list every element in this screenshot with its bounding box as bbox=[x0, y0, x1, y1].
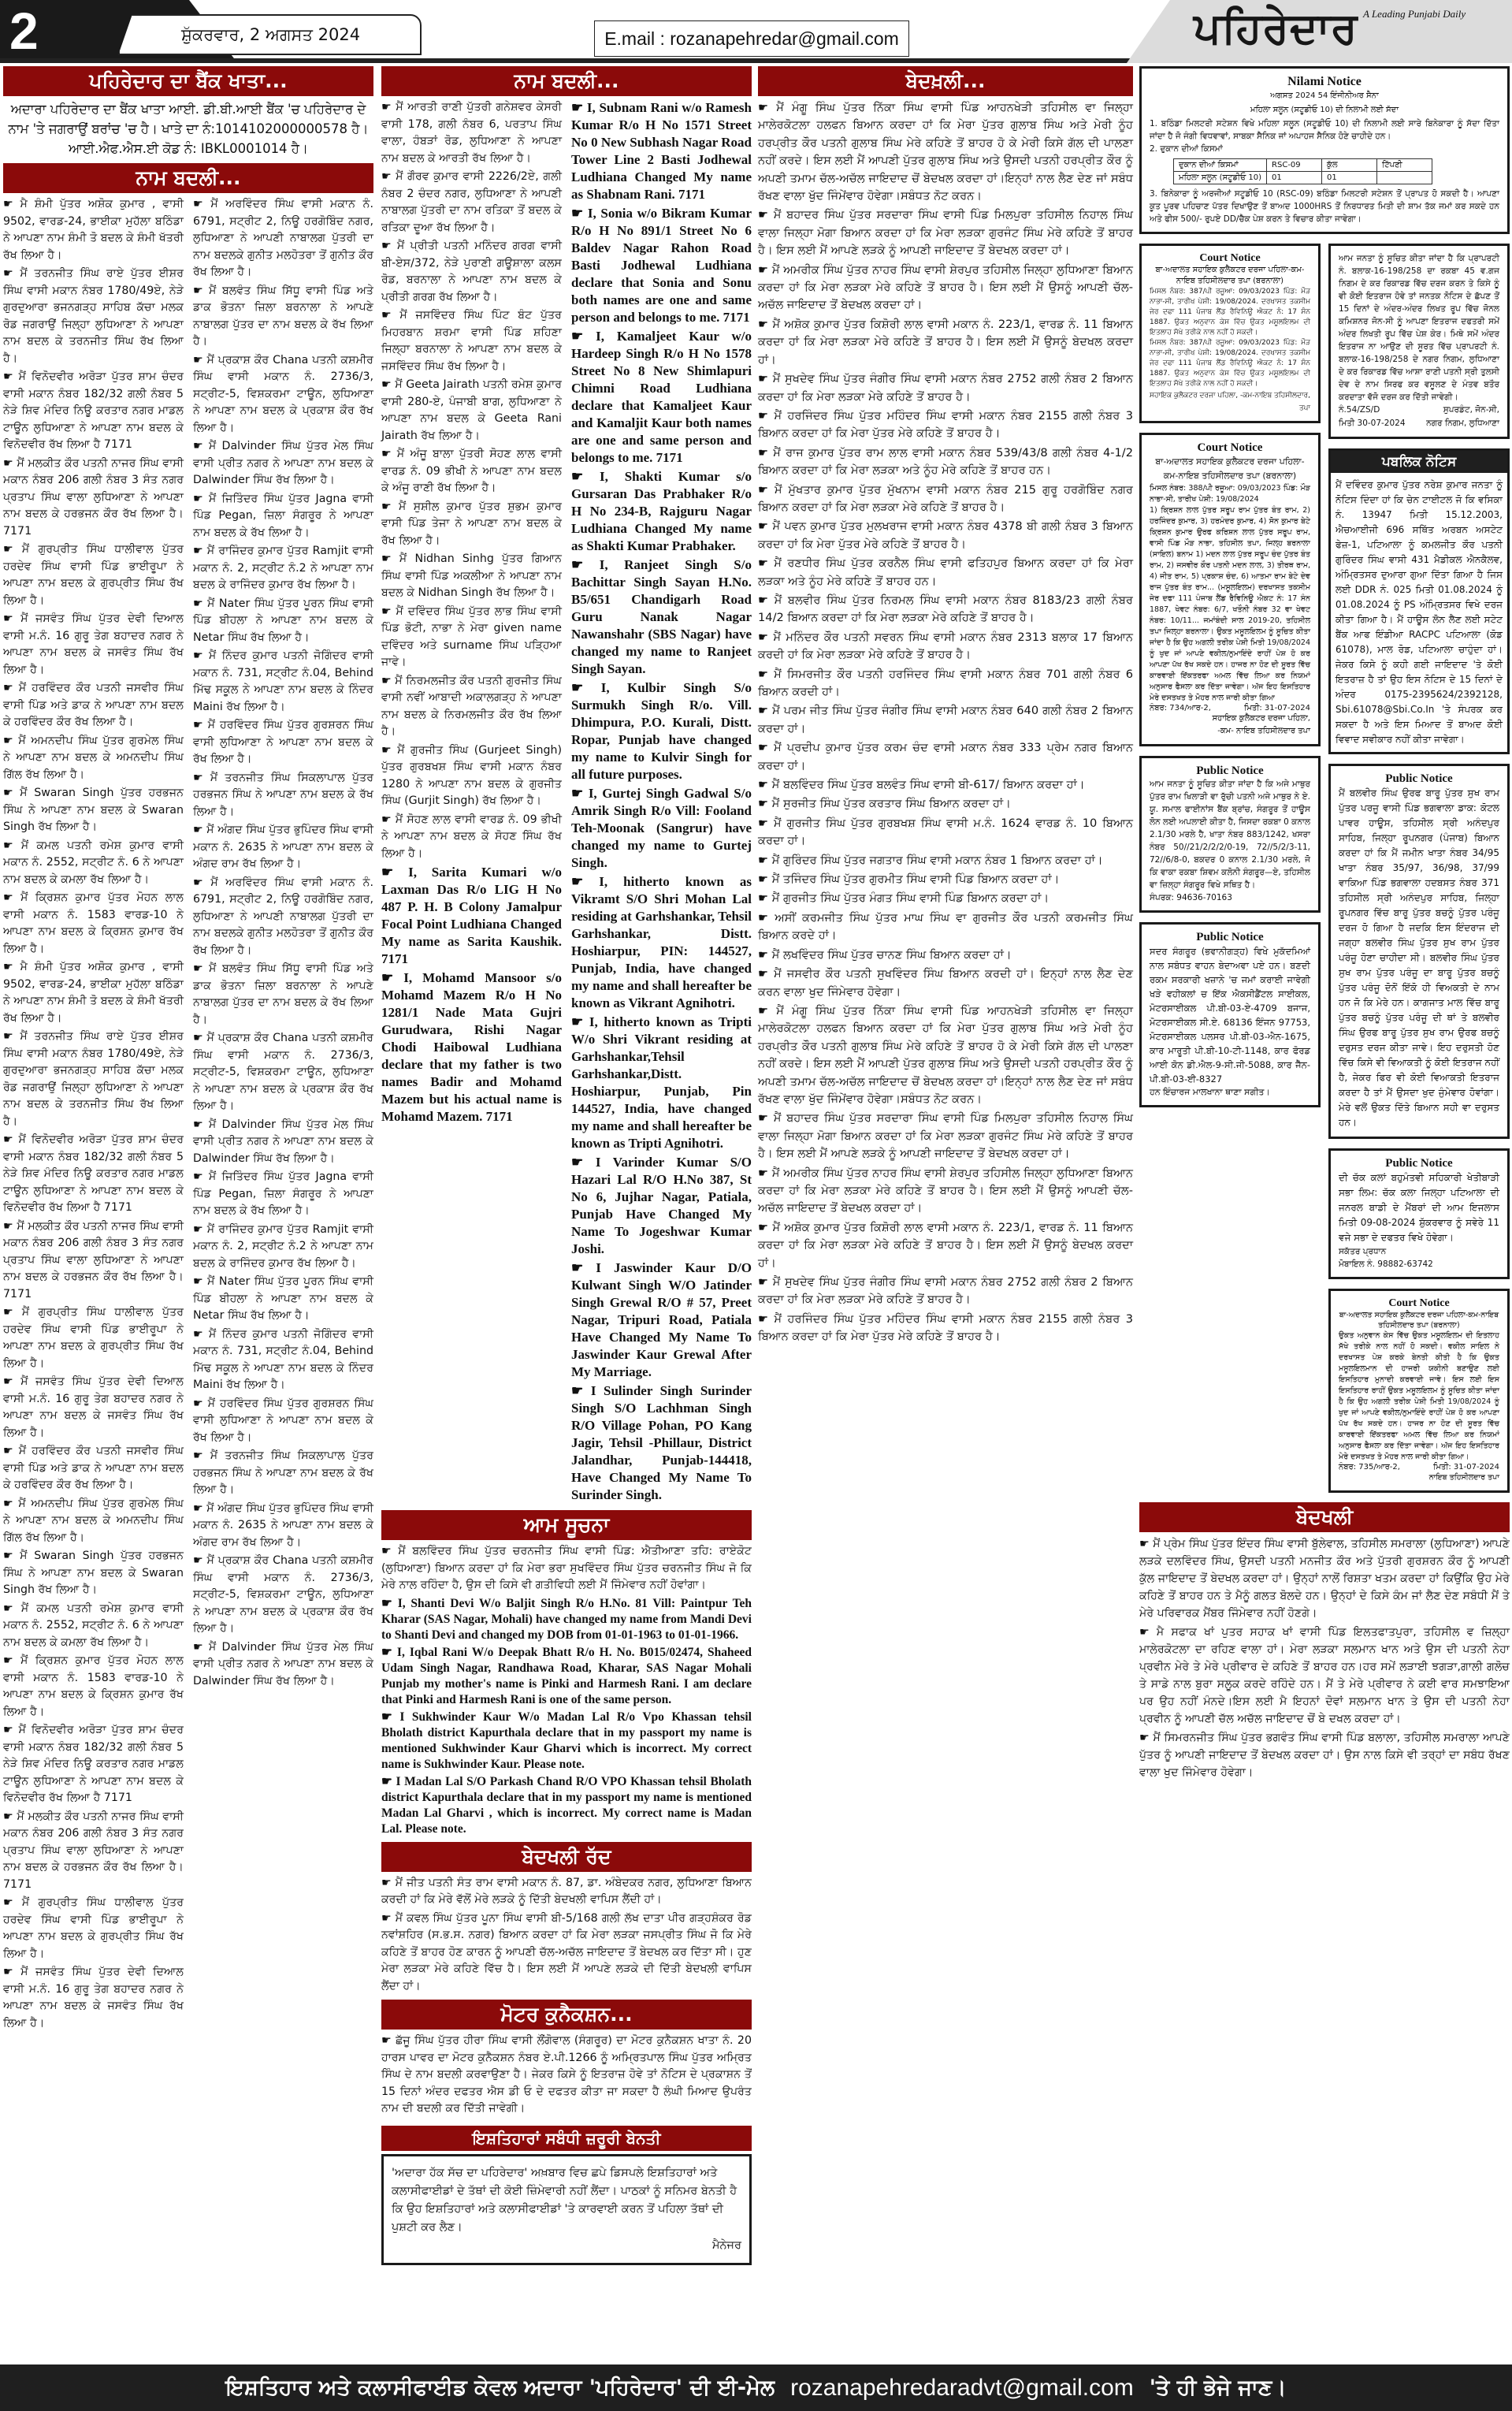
name-change-heading: ਨਾਮ ਬਦਲੀ... bbox=[3, 163, 373, 193]
public-notice-title: Public Notice bbox=[1150, 931, 1310, 944]
court-notice-1: Court Notice ਬਾ-ਅਦਾਲਤ ਸਹਾਇਕ ਕੁਲੈਕਟਰ ਦਰਜਾ… bbox=[1139, 244, 1321, 423]
list-item: ਮੈਂ Dalvinder ਸਿੰਘ ਪੁੱਤਰ ਮੇਲ ਸਿੰਘ ਵਾਸੀ ਪ… bbox=[193, 1117, 373, 1168]
public-notice-signature: ਹਨ ਇੰਚਾਰਜ ਮਾਲਖਾਨਾ ਥਾਣਾ ਸਗੀਤ। bbox=[1150, 1086, 1310, 1099]
list-item: ਮੈਂ Swaran Singh ਪੁੱਤਰ ਹਰਭਜਨ ਸਿੰਘ ਨੇ ਆਪਣ… bbox=[3, 1548, 184, 1599]
notices-right: ਆਮ ਜਨਤਾ ਨੂੰ ਸੂਚਿਤ ਕੀਤਾ ਜਾਂਦਾ ਹੈ ਕਿ ਪ੍ਰਾਪ… bbox=[1328, 244, 1510, 1502]
list-item: ਮੈਂ Dalvinder ਸਿੰਘ ਪੁੱਤਰ ਮੇਲ ਸਿੰਘ ਵਾਸੀ ਪ… bbox=[193, 438, 373, 489]
list-item: I, Iqbal Rani W/o Deepak Bhatt R/o H. No… bbox=[381, 1645, 752, 1708]
disinherit-heading-2: ਬੇਦਖਲੀ bbox=[1139, 1502, 1510, 1532]
list-item: ਮੈਂ ਸੁਖਦੇਵ ਸਿੰਘ ਪੁੱਤਰ ਜੰਗੀਰ ਸਿੰਘ ਵਾਸੀ ਮਕ… bbox=[758, 370, 1133, 406]
list-item: I, Sonia w/o Bikram Kumar R/o H No 891/1… bbox=[571, 205, 752, 326]
court-notice-meta: ਨੰਬਰ: 734/ਆਰ-2, ਮਿਤੀ: 31-07-2024 bbox=[1150, 704, 1310, 713]
list-item: ਮੈਂ ਕ੍ਰਿਸ਼ਨ ਕੁਮਾਰ ਪੁੱਤਰ ਮੋਹਨ ਲਾਲ ਵਾਸੀ ਮਕ… bbox=[3, 1653, 184, 1721]
notice-number: ਨੰਬਰ: 735/ਆਰ-2, bbox=[1339, 1463, 1400, 1472]
newspaper-logo: ਪਹਿਰੇਦਾਰ bbox=[1194, 3, 1358, 54]
list-item: I, Subnam Rani w/o Ramesh Kumar R/o H No… bbox=[571, 99, 752, 203]
court-notice-3: Court Notice ਬਾ-ਅਦਾਲਤ ਸਹਾਇਕ ਕੁਲੈਕਟਰ ਦਰਜਾ… bbox=[1328, 1289, 1510, 1493]
list-item: ਮੈਂ ਗੌਰਵ ਕੁਮਾਰ ਵਾਸੀ 2226/2ਏ, ਗਲੀ ਨੰਬਰ 2 … bbox=[381, 169, 562, 236]
issue-date: ਸ਼ੁੱਕਰਵਾਰ, 2 ਅਗਸਤ 2024 bbox=[118, 14, 422, 55]
court-notice-signature: ਸਹਾਇਕ ਕੁਲੈਕਟਰ ਦਰਜਾ ਪਹਿਲਾ, -ਕਮ-ਨਾਇਬ ਤਹਿਸੀ… bbox=[1150, 389, 1310, 415]
list-item: I, Mohamd Mansoor s/o Mohamd Mazem R/o H… bbox=[381, 969, 562, 1126]
name-change-col-right: ਮੈਂ ਅਰਵਿੰਦਰ ਸਿੰਘ ਵਾਸੀ ਮਕਾਨ ਨੰ. 6791, ਸਟ੍… bbox=[193, 196, 373, 2033]
notice-signature: ਸੁਪਰਡੰਟ, ਜੋਨ-ਸੀ, bbox=[1443, 404, 1499, 417]
list-item: ਮੈਂ ਅਮਨਦੀਪ ਸਿੰਘ ਪੁੱਤਰ ਗੁਰਮੇਲ ਸਿੰਘ ਨੇ ਆਪਣ… bbox=[3, 1496, 184, 1547]
list-item: I Jaswinder Kaur D/O Kulwant Singh W/O J… bbox=[571, 1259, 752, 1381]
list-item: ਮੈਂ ਹਰਵਿੰਦਰ ਸਿੰਘ ਪੁੱਤਰ ਗੁਰਸ਼ਰਨ ਸਿੰਘ ਵਾਸੀ… bbox=[193, 717, 373, 768]
public-notice-title: Public Notice bbox=[1150, 765, 1310, 778]
footer-text-end: 'ਤੇ ਹੀ ਭੇਜੇ ਜਾਣ। bbox=[1150, 2376, 1287, 2401]
list-item: I, Kamaljeet Kaur w/o Hardeep Singh R/o … bbox=[571, 328, 752, 467]
court-notice-title: Court Notice bbox=[1150, 252, 1310, 265]
table-header: ਕੁੱਲ bbox=[1322, 159, 1377, 172]
list-item: ਮੈਂ ਮਲਕੀਤ ਕੌਰ ਪਤਨੀ ਨਾਜਰ ਸਿੰਘ ਵਾਸੀ ਮਕਾਨ ਨ… bbox=[3, 456, 184, 541]
list-item: ਮੈਂ ਜਸਵੀਰ ਕੌਰ ਪਤਨੀ ਸੁਖਵਿੰਦਰ ਸਿੰਘ ਬਿਆਨ ਕਰ… bbox=[758, 966, 1133, 1001]
list-item: ਮੈਂ ਨਿੰਦਰ ਕੁਮਾਰ ਪਤਨੀ ਜੋਗਿੰਦਰ ਵਾਸੀ ਮਕਾਨ ਨ… bbox=[193, 648, 373, 716]
list-item: ਮੈਂ ਵਿਨੋਦਵੀਰ ਅਰੋੜਾ ਪੁੱਤਰ ਸ਼ਾਮ ਚੰਦਰ ਵਾਸੀ … bbox=[3, 1132, 184, 1217]
nilami-title: Nilami Notice bbox=[1150, 75, 1499, 89]
bank-account-text: ਅਦਾਰਾ ਪਹਿਰੇਦਾਰ ਦਾ ਬੈਂਕ ਖਾਤਾ ਆਈ. ਡੀ.ਬੀ.ਆਈ… bbox=[3, 99, 373, 158]
contact-email[interactable]: E.mail : rozanapehredar@gmail.com bbox=[594, 20, 909, 57]
table-header: ਟਿੱਪਣੀ bbox=[1377, 159, 1432, 172]
list-item: ਮੈਂ ਹਰਵਿੰਦਰ ਕੌਰ ਪਤਨੀ ਜਸਵੀਰ ਸਿੰਘ ਵਾਸੀ ਪਿੰ… bbox=[3, 680, 184, 731]
list-item: ਮੈਂ ਕਮਲ ਪਤਨੀ ਰਮੇਸ਼ ਕੁਮਾਰ ਵਾਸੀ ਮਕਾਨ ਨੰ. 2… bbox=[3, 838, 184, 889]
list-item: ਮੈਂ ਅਮਨਦੀਪ ਸਿੰਘ ਪੁੱਤਰ ਗੁਰਮੇਲ ਸਿੰਘ ਨੇ ਆਪਣ… bbox=[3, 733, 184, 784]
page-number: 2 bbox=[9, 3, 39, 58]
list-item: I Madan Lal S/O Parkash Chand R/O VPO Kh… bbox=[381, 1774, 752, 1837]
list-item: ਮੈਂ ਗੁਰਪ੍ਰੀਤ ਸਿੰਘ ਧਾਲੀਵਾਲ ਪੁੱਤਰ ਹਰਦੇਵ ਸਿ… bbox=[3, 1304, 184, 1372]
disinherit-list: ਮੈਂ ਮੰਗੂ ਸਿੰਘ ਪੁੱਤਰ ਨਿੱਕਾ ਸਿੰਘ ਵਾਸੀ ਪਿੰਡ… bbox=[758, 99, 1133, 1346]
list-item: ਮੈਂ Nater ਸਿੰਘ ਪੁੱਤਰ ਪੂਰਨ ਸਿੰਘ ਵਾਸੀ ਪਿੰਡ… bbox=[193, 1274, 373, 1325]
name-change-col-right: I, Subnam Rani w/o Ramesh Kumar R/o H No… bbox=[571, 99, 752, 1505]
list-item: I Sukhwinder Kaur W/o Madan Lal R/o Vpo … bbox=[381, 1710, 752, 1773]
court-notice-body: ਮਿਸਲ ਨੰਬਰ: 387/ਪੀ ਰਜੂਆ: 09/03/2023 ਪਿੰਡ:… bbox=[1150, 287, 1310, 338]
list-item: ਮੈਂ ਰਾਜਿੰਦਰ ਕੁਮਾਰ ਪੁੱਤਰ Ramjit ਵਾਸੀ ਮਕਾਨ… bbox=[193, 1222, 373, 1273]
public-notice-chakkalan: Public Notice ਦੀ ਚੱਕ ਕਲਾਂ ਬਹੁਮੰਤਵੀ ਸਹਿਕਾ… bbox=[1328, 1148, 1510, 1279]
notice-number: ਨੰਬਰ: 734/ਆਰ-2, bbox=[1150, 704, 1211, 713]
table-header: ਦੁਕਾਨ ਦੀਆਂ ਕਿਸਮਾਂ bbox=[1174, 159, 1267, 172]
list-item: ਮੈਂ ਬਲਵੰਤ ਸਿੰਘ ਸਿੱਧੂ ਵਾਸੀ ਪਿੰਡ ਅਤੇ ਡਾਕ ਭ… bbox=[193, 283, 373, 351]
ad-request-heading: ਇਸ਼ਤਿਹਾਰਾਂ ਸਬੰਧੀ ਜ਼ਰੂਰੀ ਬੇਨਤੀ bbox=[381, 2126, 752, 2151]
court-notice-title: Court Notice bbox=[1339, 1297, 1499, 1310]
public-notice-sangrur: Public Notice ਆਮ ਜਨਤਾ ਨੂੰ ਸੂਚਿਤ ਕੀਤਾ ਜਾਂ… bbox=[1139, 756, 1321, 913]
public-notice-title: Public Notice bbox=[1339, 772, 1499, 786]
list-item: ਮੈਂ ਅੰਗਦ ਸਿੰਘ ਪੁੱਤਰ ਭੁਪਿੰਦਰ ਸਿੰਘ ਵਾਸੀ ਮਕ… bbox=[193, 1501, 373, 1552]
list-item: ਮੈਂ ਗੁਰਜੀਤ ਸਿੰਘ ਪੁੱਤਰ ਗੁਰਬਖਸ਼ ਸਿੰਘ ਵਾਸੀ … bbox=[758, 815, 1133, 850]
list-item: ਮੈਂ ਬਹਾਦਰ ਸਿੰਘ ਪੁੱਤਰ ਸਰਦਾਰਾ ਸਿੰਘ ਵਾਸੀ ਪਿ… bbox=[758, 206, 1133, 259]
list-item: ਮੈਂ ਮੰਗੂ ਸਿੰਘ ਪੁੱਤਰ ਨਿੱਕਾ ਸਿੰਘ ਵਾਸੀ ਪਿੰਡ… bbox=[758, 99, 1133, 205]
list-item: ਮੈਂ ਅਰਵਿੰਦਰ ਸਿੰਘ ਵਾਸੀ ਮਕਾਨ ਨੰ. 6791, ਸਟ੍… bbox=[193, 196, 373, 281]
table-cell: 01 bbox=[1322, 172, 1377, 184]
list-item: ਮੈਂ ਵਿਨੋਦਵੀਰ ਅਰੋੜਾ ਪੁੱਤਰ ਸ਼ਾਮ ਚੰਦਰ ਵਾਸੀ … bbox=[3, 1722, 184, 1807]
masthead-rule bbox=[0, 58, 1135, 63]
court-case-number: ਮਿਸਲ ਨੰਬਰ: 388/ਪੀ ਰਜੂਆ: 09/03/2023 ਪਿੰਡ:… bbox=[1150, 483, 1310, 505]
public-notice-title: Public Notice bbox=[1339, 1157, 1499, 1170]
nilami-para-2: 2. ਦੁਕਾਨ ਦੀਆਂ ਕਿਸਮਾਂ bbox=[1150, 143, 1499, 155]
name-change-col-left: ਮੈ ਸ਼ੰਮੀ ਪੁੱਤਰ ਅਸ਼ੋਕ ਕੁਮਾਰ , ਵਾਸੀ 9502, … bbox=[3, 196, 184, 2033]
list-item: I Sulinder Singh Surinder Singh S/O Lach… bbox=[571, 1382, 752, 1504]
ad-request-signature: ਮੈਨੇਜਰ bbox=[392, 2237, 741, 2255]
list-item: ਮੈਂ ਸਿਮਰਜੀਤ ਕੌਰ ਪਤਨੀ ਹਰਜਿੰਦਰ ਸਿੰਘ ਵਾਸੀ ਮ… bbox=[758, 666, 1133, 701]
list-item: ਮੈਂ ਪਰਮ ਜੀਤ ਸਿੰਘ ਪੁੱਤਰ ਜੰਗੀਰ ਸਿੰਘ ਵਾਸੀ ਮ… bbox=[758, 702, 1133, 738]
public-notice-body: ਮੈਂ ਦਵਿੰਦਰ ਕੁਮਾਰ ਪੁੱਤਰ ਨਰੇਸ਼ ਕੁਮਾਰ ਜਨਤਾ … bbox=[1331, 473, 1507, 752]
zone-notice-body: ਆਮ ਜਨਤਾ ਨੂੰ ਸੂਚਿਤ ਕੀਤਾ ਜਾਂਦਾ ਹੈ ਕਿ ਪ੍ਰਾਪ… bbox=[1339, 252, 1499, 404]
list-item: ਮੈਂ ਰਣਧੀਰ ਸਿੰਘ ਪੁੱਤਰ ਕਰਨੈਲ ਸਿੰਘ ਵਾਸੀ ਫਤਿ… bbox=[758, 555, 1133, 590]
nilami-subtitle-2: ਮਹਿਲਾ ਸਲੂਨ (ਸਟੂਡੀਓ 10) ਦੀ ਨਿਲਾਮੀ ਲਈ ਸੱਦਾ bbox=[1150, 103, 1499, 117]
court-name: ਬਾ-ਅਦਾਲਤ ਸਹਾਇਕ ਕੁਲੈਕਟਰ ਦਰਜਾ ਪਹਿਲਾ-ਕਮ-ਨਾਇ… bbox=[1150, 265, 1310, 287]
contact-phone: ਮੋਬਾਇਲ ਨੰ. 98882-63742 bbox=[1339, 1258, 1499, 1271]
list-item: I, Ranjeet Singh S/o Bachittar Singh Say… bbox=[571, 556, 752, 678]
list-item: ਮੈਂ ਗੁਰਜੀਤ ਸਿੰਘ (Gurjeet Singh) ਪੁੱਤਰ ਗੁ… bbox=[381, 742, 562, 810]
court-name: ਬਾ-ਅਦਾਲਤ ਸਹਾਇਕ ਕੁਲੈਕਟਰ ਦਰਜਾ ਪਹਿਲਾ-ਕਮ-ਨਾਇ… bbox=[1150, 455, 1310, 483]
list-item: ਮੈਂ ਨਿਰਮਲਜੀਤ ਕੌਰ ਪਤਨੀ ਗੁਰਜੀਤ ਸਿੰਘ ਵਾਸੀ ਨ… bbox=[381, 673, 562, 741]
list-item: ਮੈਂ Swaran Singh ਪੁੱਤਰ ਹਰਭਜਨ ਸਿੰਘ ਨੇ ਆਪਣ… bbox=[3, 785, 184, 836]
list-item: ਮੈਂ ਗੁਰਪ੍ਰੀਤ ਸਿੰਘ ਧਾਲੀਵਾਲ ਪੁੱਤਰ ਹਰਦੇਵ ਸਿ… bbox=[3, 1895, 184, 1963]
list-item: ਮੈਂ ਤਜਿੰਦਰ ਸਿੰਘ ਪੁੱਤਰ ਗੁਰਮੀਤ ਸਿੰਘ ਵਾਸੀ ਪ… bbox=[758, 871, 1133, 888]
list-item: ਮੈਂ ਅੰਜੂ ਬਾਲਾ ਪੁੱਤਰੀ ਸੋਹਣ ਲਾਲ ਵਾਸੀ ਵਾਰਡ … bbox=[381, 446, 562, 497]
public-notice-vehicles: Public Notice ਸਦਰ ਸੰਗਰੂਰ (ਭਵਾਨੀਗੜ੍ਹ) ਵਿਖ… bbox=[1139, 922, 1321, 1107]
list-item: I, hitherto known as Tripti W/o Shri Vik… bbox=[571, 1014, 752, 1152]
ad-request-box: 'ਅਦਾਰਾ ਹੱਕ ਸੱਚ ਦਾ ਪਹਿਰੇਦਾਰ' ਅਖ਼ਬਾਰ ਵਿਚ ਛ… bbox=[381, 2154, 752, 2265]
list-item: ਮੈਂ ਗੁਰਜੀਤ ਸਿੰਘ ਪੁੱਤਰ ਮੰਗਤ ਸਿੰਘ ਵਾਸੀ ਪਿੰ… bbox=[758, 890, 1133, 907]
list-item: I, Shakti Kumar s/o Gursaran Das Prabhak… bbox=[571, 468, 752, 555]
list-item: ਮੈਂ ਜਿਤਿੰਦਰ ਸਿੰਘ ਪੁੱਤਰ Jagna ਵਾਸੀ ਪਿੰਡ P… bbox=[193, 491, 373, 542]
list-item: ਮੈਂ ਬਲਵੰਤ ਸਿੰਘ ਸਿੱਧੂ ਵਾਸੀ ਪਿੰਡ ਅਤੇ ਡਾਕ ਭ… bbox=[193, 961, 373, 1029]
name-change-list-2: ਮੈਂ ਆਰਤੀ ਰਾਣੀ ਪੁੱਤਰੀ ਗਨੇਸ਼ਵਰ ਕੇਸਰੀ ਵਾਸੀ … bbox=[381, 99, 752, 1505]
disinherit-heading: ਬੇਦਖ਼ਲੀ... bbox=[758, 66, 1133, 96]
list-item: I, Sarita Kumari w/o Laxman Das R/o LIG … bbox=[381, 864, 562, 968]
list-item: ਮੈਂ ਮੰਗੂ ਸਿੰਘ ਪੁੱਤਰ ਨਿੱਕਾ ਸਿੰਘ ਵਾਸੀ ਪਿੰਡ… bbox=[758, 1003, 1133, 1108]
masthead: 2 ਸ਼ੁੱਕਰਵਾਰ, 2 ਅਗਸਤ 2024 E.mail : rozana… bbox=[0, 0, 1512, 65]
list-item: ਮੈਂ ਰਾਜ ਕੁਮਾਰ ਪੁੱਤਰ ਰਾਮ ਲਾਲ ਵਾਸੀ ਮਕਾਨ ਨੰ… bbox=[758, 445, 1133, 480]
notice-number: ਨੰ.54/ZS/D bbox=[1339, 404, 1380, 417]
list-item: ਮੈਂ ਤਰਨਜੀਤ ਸਿੰਘ ਸਿਕਲਾਪਾਲ ਪੁੱਤਰ ਹਰਭਜਨ ਸਿੰ… bbox=[193, 1448, 373, 1499]
list-item: ਮੈ ਸ਼ੰਮੀ ਪੁੱਤਰ ਅਸ਼ੋਕ ਕੁਮਾਰ , ਵਾਸੀ 9502, … bbox=[3, 196, 184, 264]
public-notice-balvir: Public Notice ਮੈਂ ਬਲਵੀਰ ਸਿੰਘ ਉਰਫ ਬਾਰੂ ਪੁ… bbox=[1328, 764, 1510, 1139]
list-item: ਮੈਂ ਅਮਰੀਕ ਸਿੰਘ ਪੁੱਤਰ ਨਾਹਰ ਸਿੰਘ ਵਾਸੀ ਸ਼ੇਰ… bbox=[758, 1165, 1133, 1218]
court-notice-signature-2: -ਕਮ- ਨਾਇਬ ਤਹਿਸੀਲਦਾਰ ਤਪਾ bbox=[1150, 725, 1310, 738]
table-cell: 01 bbox=[1267, 172, 1322, 184]
name-change-list: ਮੈ ਸ਼ੰਮੀ ਪੁੱਤਰ ਅਸ਼ੋਕ ਕੁਮਾਰ , ਵਾਸੀ 9502, … bbox=[3, 196, 373, 2033]
list-item: ਮੈਂ ਪ੍ਰਕਾਸ਼ ਕੌਰ Chana ਪਤਨੀ ਕਸ਼ਮੀਰ ਸਿੰਘ ਵ… bbox=[193, 1553, 373, 1638]
list-item: ਮੈਂ ਹਰਜਿੰਦਰ ਸਿੰਘ ਪੁੱਤਰ ਮਹਿੰਦਰ ਸਿੰਘ ਵਾਸੀ … bbox=[758, 407, 1133, 443]
list-item: ਮੈਂ ਹਰਜਿੰਦਰ ਸਿੰਘ ਪੁੱਤਰ ਮਹਿੰਦਰ ਸਿੰਘ ਵਾਸੀ … bbox=[758, 1311, 1133, 1346]
bank-account-heading: ਪਹਿਰੇਦਾਰ ਦਾ ਬੈਂਕ ਖਾਤਾ... bbox=[3, 66, 373, 96]
list-item: ਮੈਂ Geeta Jairath ਪਤਨੀ ਰਮੇਸ਼ ਕੁਮਾਰ ਵਾਸੀ … bbox=[381, 377, 562, 445]
list-item: ਮੈ ਸਫਾਕ ਖਾਂ ਪੁਤਰ ਸਹਾਕ ਖਾਂ ਵਾਸੀ ਪਿੰਡ ਇਲਤਫ… bbox=[1139, 1624, 1510, 1728]
notices-left: Court Notice ਬਾ-ਅਦਾਲਤ ਸਹਾਇਕ ਕੁਲੈਕਟਰ ਦਰਜਾ… bbox=[1139, 244, 1321, 1502]
list-item: ਮੈਂ ਸਿਮਰਨਜੀਤ ਸਿੰਘ ਪੁੱਤਰ ਭਗਵੰਤ ਸਿੰਘ ਵਾਸੀ … bbox=[1139, 1729, 1510, 1781]
general-notice-heading: ਆਮ ਸੂਚਨਾ bbox=[381, 1510, 752, 1540]
list-item: ਮੈਂ ਅਮਰੀਕ ਸਿੰਘ ਪੁੱਤਰ ਨਾਹਰ ਸਿੰਘ ਵਾਸੀ ਸ਼ੇਰ… bbox=[758, 262, 1133, 314]
court-notice-meta: ਨੰਬਰ: 735/ਆਰ-2, ਮਿਤੀ: 31-07-2024 bbox=[1339, 1463, 1499, 1472]
list-item: ਮੈਂ ਲਖਵਿੰਦਰ ਸਿੰਘ ਪੁੱਤਰ ਚਾਨਣ ਸਿੰਘ ਬਿਆਨ ਕਰ… bbox=[758, 947, 1133, 964]
column-3: ਬੇਦਖ਼ਲੀ... ਮੈਂ ਮੰਗੂ ਸਿੰਘ ਪੁੱਤਰ ਨਿੱਕਾ ਸਿੰ… bbox=[758, 66, 1133, 1348]
column-2: ਨਾਮ ਬਦਲੀ... ਮੈਂ ਆਰਤੀ ਰਾਣੀ ਪੁੱਤਰੀ ਗਨੇਸ਼ਵਰ… bbox=[381, 66, 752, 2265]
advertising-email[interactable]: rozanapehredaradvt@gmail.com bbox=[790, 2375, 1134, 2402]
nilami-notice: Nilami Notice ਅਗਸਤ 2024 54 ਇੰਜੀਨੀਅਰ ਸੈਨਾ… bbox=[1139, 66, 1510, 234]
disinherit-cancel-heading: ਬੇਦਖਲੀ ਰੱਦ bbox=[381, 1842, 752, 1872]
court-notice-2: Court Notice ਬਾ-ਅਦਾਲਤ ਸਹਾਇਕ ਕੁਲੈਕਟਰ ਦਰਜਾ… bbox=[1139, 433, 1321, 746]
list-item: I, Gurtej Singh Gadwal S/o Amrik Singh R… bbox=[571, 785, 752, 872]
public-notice-body: ਸਦਰ ਸੰਗਰੂਰ (ਭਵਾਨੀਗੜ੍ਹ) ਵਿਖੇ ਮੁਕੱਦਮਿਆਂ ਨਾ… bbox=[1150, 944, 1310, 1086]
list-item: ਮੈਂ ਪ੍ਰੇਮ ਸਿੰਘ ਪੁੱਤਰ ਇੰਦਰ ਸਿੰਘ ਵਾਸੀ ਬੁੱਲ… bbox=[1139, 1535, 1510, 1622]
list-item: ਮੈਂ ਤਰਨਜੀਤ ਸਿੰਘ ਰਾਏ ਪੁੱਤਰ ਈਸ਼ਰ ਸਿੰਘ ਵਾਸੀ… bbox=[3, 266, 184, 367]
list-item: ਮੈਂ ਗੁਰਿੰਦਰ ਸਿੰਘ ਪੁੱਤਰ ਜਗਤਾਰ ਸਿੰਘ ਵਾਸੀ ਮ… bbox=[758, 852, 1133, 869]
list-item: ਮੈਂ Nater ਸਿੰਘ ਪੁੱਤਰ ਪੂਰਨ ਸਿੰਘ ਵਾਸੀ ਪਿੰਡ… bbox=[193, 596, 373, 647]
list-item: ਮੈਂ ਬਲਵਿੰਦਰ ਸਿੰਘ ਪੁੱਤਰ ਬਲਵੰਤ ਸਿੰਘ ਵਾਸੀ ਬ… bbox=[758, 776, 1133, 794]
notice-date: ਮਿਤੀ 30-07-2024 bbox=[1339, 417, 1406, 430]
list-item: ਮੈਂ ਦਵਿੰਦਰ ਸਿੰਘ ਪੁੱਤਰ ਲਾਭ ਸਿੰਘ ਵਾਸੀ ਪਿੰਡ… bbox=[381, 604, 562, 672]
list-item: ਮੈਂ ਵਿਨੋਦਵੀਰ ਅਰੋੜਾ ਪੁੱਤਰ ਸ਼ਾਮ ਚੰਦਰ ਵਾਸੀ … bbox=[3, 369, 184, 454]
list-item: ਮੈਂ ਪਵਨ ਕੁਮਾਰ ਪੁੱਤਰ ਮੁਲਖਰਾਜ ਵਾਸੀ ਮਕਾਨ ਨੰ… bbox=[758, 518, 1133, 553]
list-item: ਮੈਂ ਜਸਵੰਤ ਸਿੰਘ ਪੁੱਤਰ ਦੇਵੀ ਦਿਆਲ ਵਾਸੀ ਮ.ਨੰ… bbox=[3, 1964, 184, 2032]
list-item: ਮੈਂ ਪ੍ਰੀਤੀ ਪਤਨੀ ਮਨਿੰਦਰ ਗਰਗ ਵਾਸੀ ਬੀ-ਏਸ/37… bbox=[381, 238, 562, 306]
list-item: ਮੈਂ ਜਸਵੰਤ ਸਿੰਘ ਪੁੱਤਰ ਦੇਵੀ ਦਿਆਲ ਵਾਸੀ ਮ.ਨੰ… bbox=[3, 611, 184, 679]
motor-connection-heading: ਮੋਟਰ ਕੁਨੈਕਸ਼ਨ... bbox=[381, 2000, 752, 2030]
footer-banner: ਇਸ਼ਤਿਹਾਰ ਅਤੇ ਕਲਾਸੀਫਾਈਡ ਕੇਵਲ ਅਦਾਰਾ 'ਪਹਿਰੇ… bbox=[0, 2364, 1512, 2411]
list-item: ਮੈਂ ਨਿੰਦਰ ਕੁਮਾਰ ਪਤਨੀ ਜੋਗਿੰਦਰ ਵਾਸੀ ਮਕਾਨ ਨ… bbox=[193, 1326, 373, 1394]
list-item: ਮੈਂ ਮੁੱਖਤਾਰ ਕੁਮਾਰ ਪੁੱਤਰ ਮੁੱਖਨਾਮ ਵਾਸੀ ਮਕਾ… bbox=[758, 482, 1133, 517]
court-notice-body: ਮਿਸਲ ਨੰਬਰ: 387/ਪੀ ਰਜੂਆ: 09/03/2023 ਪਿੰਡ:… bbox=[1150, 338, 1310, 389]
list-item: ਮੈਂ ਬਲਵਿੰਦਰ ਸਿੰਘ ਪੁੱਤਰ ਚਰਨਜੀਤ ਸਿੰਘ ਵਾਸੀ … bbox=[381, 1543, 752, 1594]
list-item: ਮੈਂ ਮਨਿੰਦਰ ਕੌਰ ਪਤਨੀ ਸਵਰਨ ਸਿੰਘ ਵਾਸੀ ਮਕਾਨ … bbox=[758, 629, 1133, 664]
list-item: ਮੈਂ ਸੋਹਣ ਲਾਲ ਵਾਸੀ ਵਾਰਡ ਨੰ. 09 ਭੀਖੀ ਨੇ ਆਪ… bbox=[381, 812, 562, 863]
notice-date: ਮਿਤੀ: 31-07-2024 bbox=[1244, 704, 1310, 713]
list-item: I, hitherto known as Vikramt S/O Shri Mo… bbox=[571, 873, 752, 1012]
column-4: Nilami Notice ਅਗਸਤ 2024 54 ਇੰਜੀਨੀਅਰ ਸੈਨਾ… bbox=[1139, 66, 1510, 1783]
court-notice-body: ਉਕਤ ਅਨੁਵਾਨ ਕੇਸ ਵਿੱਚ ਉਕਤ ਮਸੂਲਇਲਮ ਦੀ ਇਤਲਾਹ… bbox=[1339, 1330, 1499, 1463]
list-item: ਮੈਂ ਅਸ਼ੋਕ ਕੁਮਾਰ ਪੁੱਤਰ ਕਿਸ਼ੋਰੀ ਲਾਲ ਵਾਸੀ ਮ… bbox=[758, 1219, 1133, 1272]
list-item: ਮੈਂ ਅੰਗਦ ਸਿੰਘ ਪੁੱਤਰ ਭੁਪਿੰਦਰ ਸਿੰਘ ਵਾਸੀ ਮਕ… bbox=[193, 822, 373, 873]
column-1: ਪਹਿਰੇਦਾਰ ਦਾ ਬੈਂਕ ਖਾਤਾ... ਅਦਾਰਾ ਪਹਿਰੇਦਾਰ … bbox=[3, 66, 373, 2033]
zone-notice-meta: ਨੰ.54/ZS/D ਸੁਪਰਡੰਟ, ਜੋਨ-ਸੀ, bbox=[1339, 404, 1499, 417]
list-item: ਮੈਂ ਸੁਸ਼ੀਲ ਕੁਮਾਰ ਪੁੱਤਰ ਸ਼ੁਭਮ ਕੁਮਾਰ ਵਾਸੀ … bbox=[381, 499, 562, 550]
name-change-heading-2: ਨਾਮ ਬਦਲੀ... bbox=[381, 66, 752, 96]
nilami-para-3: 3. ਬਿਨੇਕਾਰਾ ਨੂੰ ਅਰਜੀਆਂ ਸਟੂਡੀਓ 10 (RSC-09… bbox=[1150, 188, 1499, 225]
public-notice-body: ਦੀ ਚੱਕ ਕਲਾਂ ਬਹੁਮੰਤਵੀ ਸਹਿਕਾਰੀ ਖੇਤੀਬਾੜੀ ਸਭ… bbox=[1339, 1170, 1499, 1245]
list-item: ਮੈਂ ਬਹਾਦਰ ਸਿੰਘ ਪੁੱਤਰ ਸਰਦਾਰਾ ਸਿੰਘ ਵਾਸੀ ਪਿ… bbox=[758, 1110, 1133, 1163]
list-item: ਮੈਂ ਸੁਖਦੇਵ ਸਿੰਘ ਪੁੱਤਰ ਜੰਗੀਰ ਸਿੰਘ ਵਾਸੀ ਮਕ… bbox=[758, 1274, 1133, 1309]
public-notice-patiala: ਪਬਲਿਕ ਨੋਟਿਸ ਮੈਂ ਦਵਿੰਦਰ ਕੁਮਾਰ ਪੁੱਤਰ ਨਰੇਸ਼… bbox=[1328, 448, 1510, 754]
footer-text: ਇਸ਼ਤਿਹਾਰ ਅਤੇ ਕਲਾਸੀਫਾਈਡ ਕੇਵਲ ਅਦਾਰਾ 'ਪਹਿਰੇ… bbox=[225, 2376, 775, 2401]
list-item: ਛੱਜੂ ਸਿੰਘ ਪੁੱਤਰ ਹੀਰਾ ਸਿੰਘ ਵਾਸੀ ਲੌਂਗੋਵਾਲ … bbox=[381, 2033, 752, 2118]
list-item: ਮੈਂ Dalvinder ਸਿੰਘ ਪੁੱਤਰ ਮੇਲ ਸਿੰਘ ਵਾਸੀ ਪ… bbox=[193, 1639, 373, 1691]
public-notice-heading: ਪਬਲਿਕ ਨੋਟਿਸ bbox=[1331, 451, 1507, 473]
logo-tagline: A Leading Punjabi Daily bbox=[1363, 8, 1466, 20]
list-item: ਮੈਂ ਪ੍ਰਦੀਪ ਕੁਮਾਰ ਪੁੱਤਰ ਕਰਮ ਚੰਦ ਵਾਸੀ ਮਕਾਨ… bbox=[758, 739, 1133, 775]
list-item: ਮੈਂ ਹਰਵਿੰਦਰ ਕੌਰ ਪਤਨੀ ਜਸਵੀਰ ਸਿੰਘ ਵਾਸੀ ਪਿੰ… bbox=[3, 1443, 184, 1494]
list-item: ਮੈਂ ਹਰਵਿੰਦਰ ਸਿੰਘ ਪੁੱਤਰ ਗੁਰਸ਼ਰਨ ਸਿੰਘ ਵਾਸੀ… bbox=[193, 1396, 373, 1447]
list-item: ਮੈਂ ਤਰਨਜੀਤ ਸਿੰਘ ਰਾਏ ਪੁੱਤਰ ਈਸ਼ਰ ਸਿੰਘ ਵਾਸੀ… bbox=[3, 1029, 184, 1130]
court-notice-signature: ਨਾਇਬ ਤਹਿਸੀਲਦਾਰ ਤਪਾ bbox=[1339, 1472, 1499, 1484]
list-item: ਮੈਂ ਜੀਤ ਪਤਨੀ ਸੰਤ ਰਾਮ ਵਾਸੀ ਮਕਾਨ ਨੰ. 87, ਡ… bbox=[381, 1875, 752, 1909]
list-item: ਮੈਂ ਕਮਲ ਪਤਨੀ ਰਮੇਸ਼ ਕੁਮਾਰ ਵਾਸੀ ਮਕਾਨ ਨੰ. 2… bbox=[3, 1601, 184, 1652]
list-item: ਮੈਂ ਮਲਕੀਤ ਕੌਰ ਪਤਨੀ ਨਾਜਰ ਸਿੰਘ ਵਾਸੀ ਮਕਾਨ ਨ… bbox=[3, 1809, 184, 1894]
list-item: ਮੈਂ ਗੁਰਪ੍ਰੀਤ ਸਿੰਘ ਧਾਲੀਵਾਲ ਪੁੱਤਰ ਹਰਦੇਵ ਸਿ… bbox=[3, 541, 184, 609]
list-item: ਮੈਂ ਜਸਵੰਤ ਸਿੰਘ ਪੁੱਤਰ ਦੇਵੀ ਦਿਆਲ ਵਾਸੀ ਮ.ਨੰ… bbox=[3, 1374, 184, 1442]
public-notice-body: ਆਮ ਜਨਤਾ ਨੂੰ ਸੂਚਿਤ ਕੀਤਾ ਜਾਂਦਾ ਹੈ ਕਿ ਅਜੇ ਮ… bbox=[1150, 778, 1310, 891]
list-item: ਮੈਂ ਪ੍ਰਕਾਸ਼ ਕੌਰ Chana ਪਤਨੀ ਕਸ਼ਮੀਰ ਸਿੰਘ ਵ… bbox=[193, 352, 373, 437]
name-change-col-left: ਮੈਂ ਆਰਤੀ ਰਾਣੀ ਪੁੱਤਰੀ ਗਨੇਸ਼ਵਰ ਕੇਸਰੀ ਵਾਸੀ … bbox=[381, 99, 562, 1505]
list-item: ਅਸੀਂ ਕਰਮਜੀਤ ਸਿੰਘ ਪੁੱਤਰ ਮਾਘ ਸਿੰਘ ਵਾ ਗੁਰਜੀ… bbox=[758, 910, 1133, 945]
zone-notice-meta-2: ਮਿਤੀ 30-07-2024 ਨਗਰ ਨਿਗਮ, ਲੁਧਿਆਣਾ bbox=[1339, 417, 1499, 430]
newspaper-page: 2 ਸ਼ੁੱਕਰਵਾਰ, 2 ਅਗਸਤ 2024 E.mail : rozana… bbox=[0, 0, 1512, 2411]
notice-date: ਮਿਤੀ: 31-07-2024 bbox=[1433, 1463, 1499, 1472]
list-item: ਮੈਂ Nidhan Sinhg ਪੁੱਤਰ ਗਿਆਨ ਸਿੰਘ ਵਾਸੀ ਪਿ… bbox=[381, 551, 562, 602]
list-item: ਮੈਂ ਅਸ਼ੋਕ ਕੁਮਾਰ ਪੁੱਤਰ ਕਿਸ਼ੋਰੀ ਲਾਲ ਵਾਸੀ ਮ… bbox=[758, 316, 1133, 369]
nilami-para-1: 1. ਬਠਿੰਡਾ ਮਿਲਟਰੀ ਸਟੇਸ਼ਨ ਵਿਖੇ ਮਹਿਲਾ ਸਲੂਨ … bbox=[1150, 117, 1499, 143]
list-item: I, Kulbir Singh S/o Surmukh Singh R/o. V… bbox=[571, 679, 752, 783]
court-name: ਬਾ-ਅਦਾਲਤ ਸਹਾਇਕ ਕੁਲੈਕਟਰ ਦਰਜਾ ਪਹਿਲਾ-ਕਮ-ਨਾਇ… bbox=[1339, 1310, 1499, 1330]
public-notice-signature: ਸਕੱਤਰ ਪ੍ਰਧਾਨ bbox=[1339, 1245, 1499, 1258]
ad-request-text: 'ਅਦਾਰਾ ਹੱਕ ਸੱਚ ਦਾ ਪਹਿਰੇਦਾਰ' ਅਖ਼ਬਾਰ ਵਿਚ ਛ… bbox=[392, 2167, 737, 2234]
list-item: ਮੈਂ ਤਰਨਜੀਤ ਸਿੰਘ ਸਿਕਲਾਪਾਲ ਪੁੱਤਰ ਹਰਭਜਨ ਸਿੰ… bbox=[193, 770, 373, 821]
disinherit-list-2: ਮੈਂ ਪ੍ਰੇਮ ਸਿੰਘ ਪੁੱਤਰ ਇੰਦਰ ਸਿੰਘ ਵਾਸੀ ਬੁੱਲ… bbox=[1139, 1535, 1510, 1781]
list-item: I Varinder Kumar S/O Hazari Lal R/O H.No… bbox=[571, 1154, 752, 1258]
table-cell: ਮਹਿਲਾ ਸਲੂਨ (ਸਟੂਡੀਓ 10) bbox=[1174, 172, 1267, 184]
nilami-subtitle: ਅਗਸਤ 2024 54 ਇੰਜੀਨੀਅਰ ਸੈਨਾ bbox=[1150, 89, 1499, 103]
table-header: RSC-09 bbox=[1267, 159, 1322, 172]
zone-notice: ਆਮ ਜਨਤਾ ਨੂੰ ਸੂਚਿਤ ਕੀਤਾ ਜਾਂਦਾ ਹੈ ਕਿ ਪ੍ਰਾਪ… bbox=[1328, 244, 1510, 439]
list-item: ਮੈਂ ਅਰਵਿੰਦਰ ਸਿੰਘ ਵਾਸੀ ਮਕਾਨ ਨੰ. 6791, ਸਟ੍… bbox=[193, 875, 373, 960]
shop-types-table: ਦੁਕਾਨ ਦੀਆਂ ਕਿਸਮਾਂ RSC-09 ਕੁੱਲ ਟਿੱਪਣੀ ਮਹਿ… bbox=[1173, 158, 1432, 184]
list-item: ਮੈਂ ਸੁਰਜੀਤ ਸਿੰਘ ਪੁੱਤਰ ਕਰਤਾਰ ਸਿੰਘ ਬਿਆਨ ਕਰ… bbox=[758, 795, 1133, 813]
notice-signature-2: ਨਗਰ ਨਿਗਮ, ਲੁਧਿਆਣਾ bbox=[1426, 417, 1499, 430]
list-item: ਮੈਂ ਮਲਕੀਤ ਕੌਰ ਪਤਨੀ ਨਾਜਰ ਸਿੰਘ ਵਾਸੀ ਮਕਾਨ ਨ… bbox=[3, 1219, 184, 1304]
table-cell bbox=[1377, 172, 1432, 184]
public-notice-body: ਮੈਂ ਬਲਵੀਰ ਸਿੰਘ ਉਰਫ ਬਾਰੂ ਪੁੱਤਰ ਸੁਖ ਰਾਮ ਪੁ… bbox=[1339, 786, 1499, 1130]
list-item: ਮੈਂ ਜਿਤਿੰਦਰ ਸਿੰਘ ਪੁੱਤਰ Jagna ਵਾਸੀ ਪਿੰਡ P… bbox=[193, 1169, 373, 1220]
list-item: ਮੈਂ ਬਲਵੀਰ ਸਿੰਘ ਪੁੱਤਰ ਨਿਰਮਲ ਸਿੰਘ ਵਾਸੀ ਮਕਾ… bbox=[758, 592, 1133, 627]
list-item: I, Shanti Devi W/o Baljit Singh R/o H.No… bbox=[381, 1596, 752, 1643]
list-item: ਮੈਂ ਰਾਜਿੰਦਰ ਕੁਮਾਰ ਪੁੱਤਰ Ramjit ਵਾਸੀ ਮਕਾਨ… bbox=[193, 543, 373, 594]
list-item: ਮੈਂ ਕ੍ਰਿਸ਼ਨ ਕੁਮਾਰ ਪੁੱਤਰ ਮੋਹਨ ਲਾਲ ਵਾਸੀ ਮਕ… bbox=[3, 890, 184, 958]
contact-phone: ਸੰਪਰਕ: 94636-70163 bbox=[1150, 891, 1310, 904]
court-notice-signature: ਸਹਾਇਕ ਕੁਲੈਕਟਰ ਦਰਜਾ ਪਹਿਲਾ, bbox=[1150, 713, 1310, 725]
court-notice-title: Court Notice bbox=[1150, 441, 1310, 455]
list-item: ਮੈਂ ਕਵਲ ਸਿੰਘ ਪੁੱਤਰ ਪੂਨਾ ਸਿੰਘ ਵਾਸੀ ਬੀ-5/1… bbox=[381, 1911, 752, 1996]
list-item: ਮੈਂ ਪ੍ਰਕਾਸ਼ ਕੌਰ Chana ਪਤਨੀ ਕਸ਼ਮੀਰ ਸਿੰਘ ਵ… bbox=[193, 1030, 373, 1115]
list-item: ਮੈ ਸ਼ੰਮੀ ਪੁੱਤਰ ਅਸ਼ੋਕ ਕੁਮਾਰ , ਵਾਸੀ 9502, … bbox=[3, 959, 184, 1027]
court-notice-body: 1) ਕ੍ਰਿਸ਼ਨ ਲਾਲ ਪੁੱਤਰ ਸਰੂਪ ਰਾਮ ਪੁੱਤਰ ਬੰਤ … bbox=[1150, 505, 1310, 704]
list-item: ਮੈਂ ਜਸਵਿੰਦਰ ਸਿੰਘ ਪਿੰਟ ਬੰਟ ਪੁੱਤਰ ਮਿਹਰਬਾਨ … bbox=[381, 307, 562, 375]
list-item: ਮੈਂ ਆਰਤੀ ਰਾਣੀ ਪੁੱਤਰੀ ਗਨੇਸ਼ਵਰ ਕੇਸਰੀ ਵਾਸੀ … bbox=[381, 99, 562, 167]
notices-grid: Court Notice ਬਾ-ਅਦਾਲਤ ਸਹਾਇਕ ਕੁਲੈਕਟਰ ਦਰਜਾ… bbox=[1139, 244, 1510, 1502]
